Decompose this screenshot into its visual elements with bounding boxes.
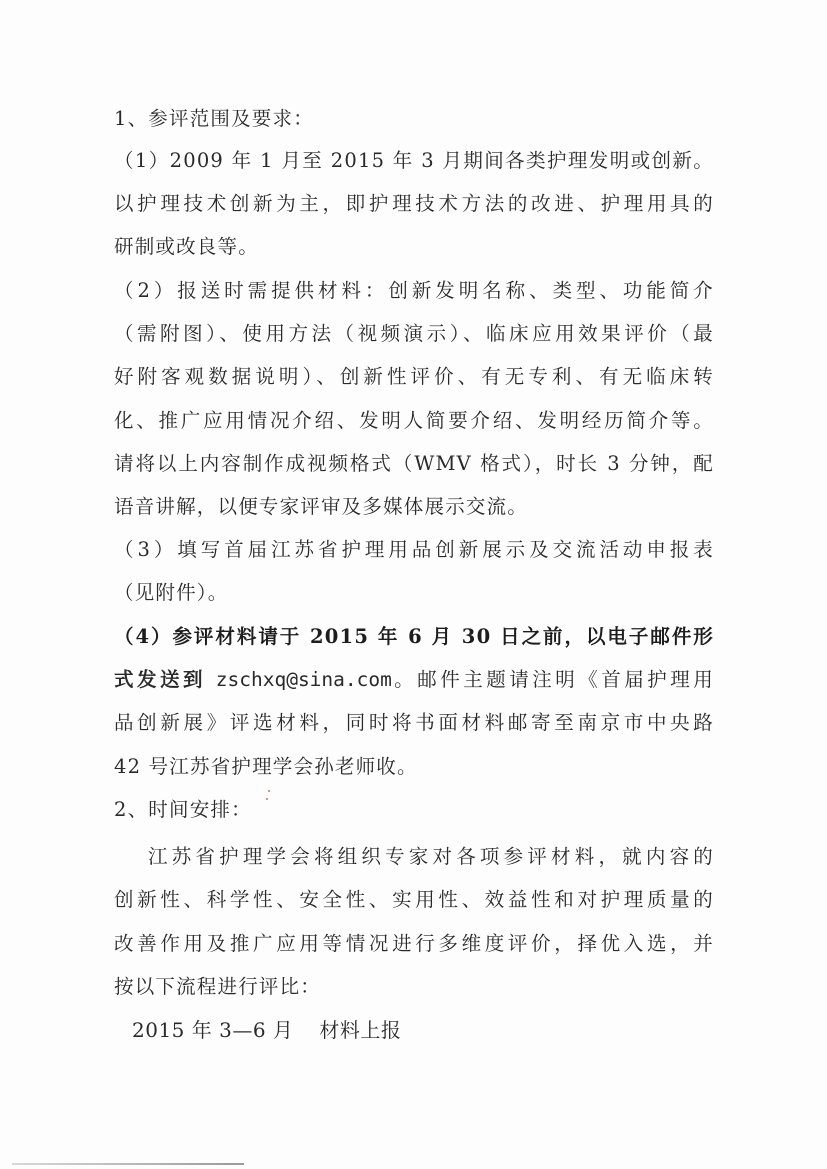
item-2-line-5: 请将以上内容制作成视频格式（WMV 格式），时长 3 分钟，配	[114, 451, 714, 477]
item-4-line-1: （4）参评材料请于 2015 年 6 月 30 日之前，以电子邮件形	[114, 624, 714, 650]
page-bottom-rule	[12, 1163, 244, 1165]
section-1-heading: 1、参评范围及要求：	[114, 106, 714, 132]
item-2-line-1: （2）报送时需提供材料：创新发明名称、类型、功能简介	[114, 278, 714, 304]
item-4-send-to: 式发送到	[114, 668, 206, 691]
scan-speck	[268, 790, 270, 792]
submission-email: zschxq@sina.com	[216, 668, 392, 691]
section-2-heading: 2、时间安排：	[114, 797, 714, 823]
item-4-line-2: 式发送到 zschxq@sina.com。邮件主题请注明《首届护理用	[114, 667, 714, 693]
document-page: 1、参评范围及要求： （1）2009 年 1 月至 2015 年 3 月期间各类…	[0, 0, 827, 1169]
timeline-row: 2015 年 3—6 月材料上报	[132, 1017, 732, 1043]
item-2-line-3: 好附客观数据说明）、创新性评价、有无专利、有无临床转	[114, 364, 714, 390]
item-3-line-2: （见附件）。	[114, 580, 714, 606]
section-2-para-line-2: 创新性、科学性、安全性、实用性、效益性和对护理质量的	[114, 887, 714, 913]
item-1-line-1: （1）2009 年 1 月至 2015 年 3 月期间各类护理发明或创新。	[114, 148, 714, 174]
section-2-para-line-4: 按以下流程进行评比：	[114, 974, 714, 1000]
item-4-line-4: 42 号江苏省护理学会孙老师收。	[114, 754, 714, 780]
section-2-para-line-3: 改善作用及推广应用等情况进行多维度评价，择优入选，并	[114, 931, 714, 957]
item-4-line-3: 品创新展》评选材料，同时将书面材料邮寄至南京市中央路	[114, 710, 714, 736]
item-3-line-1: （3）填写首届江苏省护理用品创新展示及交流活动申报表	[114, 537, 714, 563]
item-2-line-4: 化、推广应用情况介绍、发明人简要介绍、发明经历简介等。	[114, 408, 714, 434]
item-1-line-2: 以护理技术创新为主，即护理技术方法的改进、护理用具的	[114, 191, 714, 217]
item-4-line-2-rest: 。邮件主题请注明《首届护理用	[392, 668, 714, 691]
timeline-period: 2015 年 3—6 月	[132, 1018, 293, 1042]
item-2-line-6: 语音讲解，以便专家评审及多媒体展示交流。	[114, 494, 714, 520]
item-2-line-2: （需附图）、使用方法（视频演示）、临床应用效果评价（最	[114, 321, 714, 347]
section-2-para-line-1: 江苏省护理学会将组织专家对各项参评材料，就内容的	[148, 844, 714, 870]
item-1-line-3: 研制或改良等。	[114, 234, 714, 260]
timeline-activity: 材料上报	[319, 1018, 401, 1042]
scan-speck	[266, 798, 268, 800]
